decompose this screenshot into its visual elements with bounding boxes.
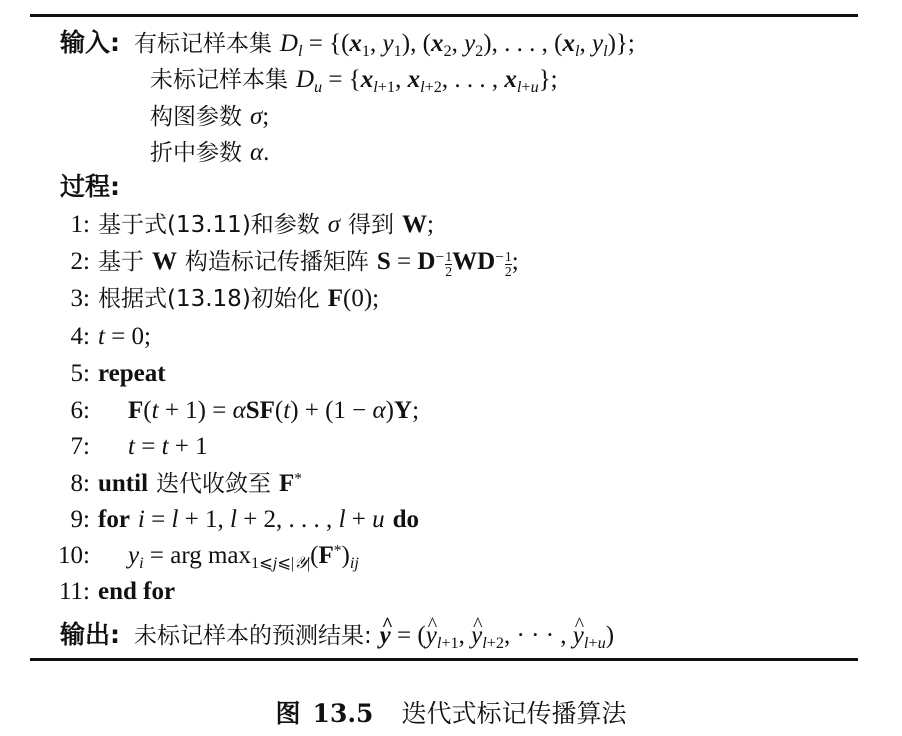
input-line-3: 构图参数 σ; (150, 101, 269, 132)
bottom-rule (30, 658, 858, 661)
step-11: 11:end for (62, 576, 175, 607)
step-8: 8:until 迭代收敛至 F* (62, 468, 302, 499)
tradeoff-param-symbol: α. (250, 139, 269, 166)
unlabeled-set-formula: Du = {xl+1, xl+2, . . . , xl+u}; (296, 66, 558, 93)
keyword-until: until (98, 470, 148, 497)
step-9: 9:for i = l + 1, l + 2, . . . , l + u do (62, 504, 419, 535)
labeled-set-text: 有标记样本集 (134, 31, 272, 57)
graph-param-text: 构图参数 (150, 104, 242, 130)
step-1: 1:基于式(13.11)和参数 σ 得到 W; (62, 209, 434, 240)
unlabeled-set-text: 未标记样本集 (150, 67, 288, 93)
keyword-end-for: end for (98, 578, 175, 605)
figure-caption: 图13.5迭代式标记传播算法 (0, 694, 902, 730)
process-label: 过程: (60, 172, 120, 202)
step-4: 4:t = 0; (62, 321, 151, 352)
output-text: 未标记样本的预测结果: (134, 623, 372, 649)
keyword-for: for (98, 506, 130, 533)
labeled-set-formula: Dl = {(x1, y1), (x2, y2), . . . , (xl, y… (280, 30, 635, 57)
output-label: 输出: (60, 620, 120, 649)
input-line-2: 未标记样本集 Du = {xl+1, xl+2, . . . , xl+u}; (150, 64, 558, 95)
step-7: 7:t = t + 1 (62, 431, 208, 462)
step-3: 3:根据式(13.18)初始化 F(0); (62, 283, 379, 314)
output-formula: y = (yl+1, yl+2, · · · , yl+u) (380, 622, 614, 649)
output-line: 输出: 未标记样本的预测结果: y = (yl+1, yl+2, · · · ,… (60, 620, 614, 651)
figure-title: 迭代式标记传播算法 (401, 699, 626, 728)
step-10: 10:yi = arg max1⩽j⩽|𝒴|(F*)ij (62, 540, 359, 571)
figure-number: 13.5 (313, 699, 374, 728)
input-line-1: 输入: 有标记样本集 Dl = {(x1, y1), (x2, y2), . .… (60, 28, 635, 59)
keyword-do: do (393, 506, 419, 533)
keyword-repeat: repeat (98, 360, 166, 387)
step-5: 5:repeat (62, 358, 166, 389)
step-2: 2:基于 W 构造标记传播矩阵 S = D−12WD−12; (62, 246, 519, 278)
input-line-4: 折中参数 α. (150, 137, 269, 168)
step-6: 6:F(t + 1) = αSF(t) + (1 − α)Y; (62, 395, 419, 426)
tradeoff-param-text: 折中参数 (150, 140, 242, 166)
input-label: 输入: (60, 28, 120, 57)
figure-label: 图 (276, 699, 301, 728)
graph-param-symbol: σ; (250, 103, 269, 130)
top-rule (30, 14, 858, 17)
